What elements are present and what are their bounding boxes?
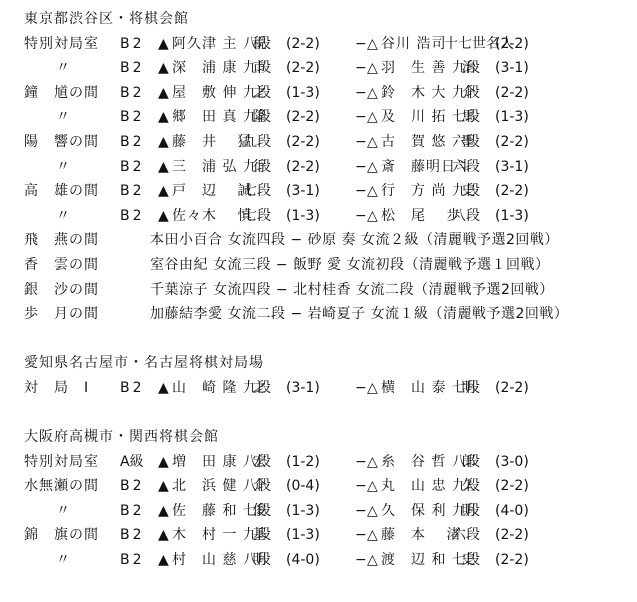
venue: 陽 響の間 — [24, 130, 118, 155]
game-row: 〃 B2 ▲ 佐々木 慎 七段 (1-3) − △ 松 尾 歩 八段 (1-3) — [24, 204, 634, 229]
gote-record: (2-2) — [495, 376, 529, 401]
sente-rank: 八段 — [243, 474, 271, 499]
sente-mark-icon: ▲ — [158, 130, 169, 155]
sente-rank: 八段 — [243, 548, 271, 573]
versus-dash: − — [355, 155, 367, 180]
versus-dash: − — [355, 376, 367, 401]
gote-record: (2-2) — [495, 130, 529, 155]
gote-rank: 七段 — [452, 376, 480, 401]
gote-record: (1-3) — [495, 204, 529, 229]
sente-rank: 九段 — [243, 523, 271, 548]
gote-rank: 九段 — [452, 56, 480, 81]
game-row: 特別対局室 B2 ▲ 阿久津 主 税 八段 (2-2) − △ 谷川 浩司 十七… — [24, 32, 634, 57]
gote-record: (3-1) — [495, 155, 529, 180]
sente-rank: 八段 — [243, 32, 271, 57]
venue: 銀 沙の間 — [24, 278, 118, 303]
league-class: B2 — [120, 523, 145, 548]
spacer — [24, 401, 634, 426]
gote-mark-icon: △ — [367, 155, 378, 180]
versus-dash: − — [355, 179, 367, 204]
game-row: 高 雄の間 B2 ▲ 戸 辺 誠 七段 (3-1) − △ 行 方 尚 史 九段… — [24, 179, 634, 204]
league-class: B2 — [120, 56, 145, 81]
sente-player: 佐々木 慎 — [172, 204, 252, 229]
sente-mark-icon: ▲ — [158, 450, 169, 475]
sente-record: (2-2) — [286, 130, 320, 155]
gote-record: (3-1) — [495, 56, 529, 81]
venue: 歩 月の間 — [24, 302, 118, 327]
sente-mark-icon: ▲ — [158, 499, 169, 524]
sente-player: 藤 井 猛 — [172, 130, 252, 155]
gote-rank: 七段 — [452, 105, 480, 130]
venue: 高 雄の間 — [24, 179, 118, 204]
league-class: B2 — [120, 105, 145, 130]
gote-mark-icon: △ — [367, 474, 378, 499]
sente-record: (1-3) — [286, 523, 320, 548]
schedule-document: 東京都渋谷区・将棋会館 特別対局室 B2 ▲ 阿久津 主 税 八段 (2-2) … — [24, 7, 634, 573]
gote-mark-icon: △ — [367, 548, 378, 573]
sente-record: (3-1) — [286, 179, 320, 204]
venue-ditto: 〃 — [24, 105, 118, 130]
gote-rank: 八段 — [452, 204, 480, 229]
sente-record: (2-2) — [286, 32, 320, 57]
sente-rank: 九段 — [243, 56, 271, 81]
versus-dash: − — [355, 548, 367, 573]
gote-mark-icon: △ — [367, 499, 378, 524]
versus-dash: − — [355, 499, 367, 524]
women-game-text: 加藤結李愛 女流二段 − 岩崎夏子 女流１級（清麗戦予選2回戦） — [150, 302, 568, 327]
league-class: B2 — [120, 32, 145, 57]
gote-record: (2-2) — [495, 179, 529, 204]
gote-player: 松 尾 歩 — [381, 204, 461, 229]
venue: 特別対局室 — [24, 450, 118, 475]
game-row: 対 局 Ⅰ B2 ▲ 山 崎 隆 之 九段 (3-1) − △ 横 山 泰 明 … — [24, 376, 634, 401]
sente-mark-icon: ▲ — [158, 81, 169, 106]
game-row: 〃 B2 ▲ 深 浦 康 市 九段 (2-2) − △ 羽 生 善 治 九段 (… — [24, 56, 634, 81]
sente-record: (2-2) — [286, 105, 320, 130]
sente-mark-icon: ▲ — [158, 474, 169, 499]
women-game-text: 本田小百合 女流四段 − 砂原 奏 女流２級（清麗戦予選2回戦） — [150, 228, 559, 253]
gote-mark-icon: △ — [367, 523, 378, 548]
venue: 鐘 馗の間 — [24, 81, 118, 106]
sente-rank: 八段 — [243, 450, 271, 475]
game-row: 特別対局室 A級 ▲ 増 田 康 宏 八段 (1-2) − △ 糸 谷 哲 郎 … — [24, 450, 634, 475]
game-row: 〃 B2 ▲ 村 山 慈 明 八段 (4-0) − △ 渡 辺 和 史 七段 (… — [24, 548, 634, 573]
region-heading-osaka: 大阪府高槻市・関西将棋会館 — [24, 425, 634, 450]
venue: 飛 燕の間 — [24, 228, 118, 253]
sente-mark-icon: ▲ — [158, 32, 169, 57]
sente-mark-icon: ▲ — [158, 376, 169, 401]
spacer — [24, 327, 634, 352]
gote-record: (2-2) — [495, 548, 529, 573]
gote-mark-icon: △ — [367, 105, 378, 130]
league-class: B2 — [120, 548, 145, 573]
gote-rank: 九段 — [452, 474, 480, 499]
versus-dash: − — [355, 81, 367, 106]
game-row: 陽 響の間 B2 ▲ 藤 井 猛 九段 (2-2) − △ 古 賀 悠 聖 六段… — [24, 130, 634, 155]
game-row: 〃 B2 ▲ 三 浦 弘 行 九段 (2-2) − △ 斎 藤明日斗 六段 (3… — [24, 155, 634, 180]
gote-mark-icon: △ — [367, 376, 378, 401]
gote-rank: 六段 — [452, 155, 480, 180]
sente-mark-icon: ▲ — [158, 56, 169, 81]
sente-rank: 七段 — [243, 204, 271, 229]
venue-ditto: 〃 — [24, 56, 118, 81]
game-row: 錦 旗の間 B2 ▲ 木 村 一 基 九段 (1-3) − △ 藤 本 渚 六段… — [24, 523, 634, 548]
league-class: B2 — [120, 179, 145, 204]
sente-rank: 九段 — [243, 81, 271, 106]
sente-record: (2-2) — [286, 155, 320, 180]
venue: 錦 旗の間 — [24, 523, 118, 548]
sente-mark-icon: ▲ — [158, 548, 169, 573]
gote-mark-icon: △ — [367, 450, 378, 475]
gote-rank: 七段 — [452, 548, 480, 573]
gote-mark-icon: △ — [367, 32, 378, 57]
league-class: A級 — [120, 450, 144, 475]
women-game-row: 香 雲の間 室谷由紀 女流三段 − 飯野 愛 女流初段（清麗戦予選１回戦） — [24, 253, 634, 278]
gote-rank: 六段 — [452, 130, 480, 155]
gote-record: (3-0) — [495, 450, 529, 475]
venue: 水無瀬の間 — [24, 474, 118, 499]
league-class: B2 — [120, 376, 145, 401]
venue: 香 雲の間 — [24, 253, 118, 278]
league-class: B2 — [120, 474, 145, 499]
venue-ditto: 〃 — [24, 155, 118, 180]
gote-rank: 八段 — [452, 450, 480, 475]
sente-record: (3-1) — [286, 376, 320, 401]
game-row: 〃 B2 ▲ 郷 田 真 隆 九段 (2-2) − △ 及 川 拓 馬 七段 (… — [24, 105, 634, 130]
sente-player: 戸 辺 誠 — [172, 179, 252, 204]
women-game-text: 千葉涼子 女流四段 − 北村桂香 女流二段（清麗戦予選2回戦） — [150, 278, 554, 303]
game-row: 〃 B2 ▲ 佐 藤 和 俊 七段 (1-3) − △ 久 保 利 明 九段 (… — [24, 499, 634, 524]
versus-dash: − — [355, 204, 367, 229]
league-class: B2 — [120, 81, 145, 106]
gote-mark-icon: △ — [367, 81, 378, 106]
sente-record: (4-0) — [286, 548, 320, 573]
sente-record: (1-2) — [286, 450, 320, 475]
gote-rank: 九段 — [452, 81, 480, 106]
sente-mark-icon: ▲ — [158, 179, 169, 204]
gote-rank: 六段 — [452, 523, 480, 548]
versus-dash: − — [355, 105, 367, 130]
gote-record: (2-2) — [495, 523, 529, 548]
women-game-row: 飛 燕の間 本田小百合 女流四段 − 砂原 奏 女流２級（清麗戦予選2回戦） — [24, 228, 634, 253]
venue: 特別対局室 — [24, 32, 118, 57]
women-game-row: 銀 沙の間 千葉涼子 女流四段 − 北村桂香 女流二段（清麗戦予選2回戦） — [24, 278, 634, 303]
league-class: B2 — [120, 499, 145, 524]
region-heading-nagoya: 愛知県名古屋市・名古屋将棋対局場 — [24, 351, 634, 376]
women-game-row: 歩 月の間 加藤結李愛 女流二段 − 岩崎夏子 女流１級（清麗戦予選2回戦） — [24, 302, 634, 327]
venue-ditto: 〃 — [24, 204, 118, 229]
versus-dash: − — [355, 56, 367, 81]
women-game-text: 室谷由紀 女流三段 − 飯野 愛 女流初段（清麗戦予選１回戦） — [150, 253, 549, 278]
gote-record: (4-0) — [495, 499, 529, 524]
gote-mark-icon: △ — [367, 179, 378, 204]
game-row: 鐘 馗の間 B2 ▲ 屋 敷 伸 之 九段 (1-3) − △ 鈴 木 大 介 … — [24, 81, 634, 106]
sente-mark-icon: ▲ — [158, 523, 169, 548]
sente-record: (1-3) — [286, 499, 320, 524]
sente-record: (2-2) — [286, 56, 320, 81]
gote-player: 藤 本 渚 — [381, 523, 461, 548]
sente-mark-icon: ▲ — [158, 204, 169, 229]
sente-mark-icon: ▲ — [158, 105, 169, 130]
game-row: 水無瀬の間 B2 ▲ 北 浜 健 介 八段 (0-4) − △ 丸 山 忠 久 … — [24, 474, 634, 499]
league-class: B2 — [120, 130, 145, 155]
venue: 対 局 Ⅰ — [24, 376, 118, 401]
sente-rank: 七段 — [243, 499, 271, 524]
gote-mark-icon: △ — [367, 130, 378, 155]
gote-record: (2-2) — [495, 474, 529, 499]
sente-rank: 七段 — [243, 179, 271, 204]
sente-mark-icon: ▲ — [158, 155, 169, 180]
gote-mark-icon: △ — [367, 56, 378, 81]
region-heading-tokyo: 東京都渋谷区・将棋会館 — [24, 7, 634, 32]
league-class: B2 — [120, 155, 145, 180]
gote-record: (1-3) — [495, 105, 529, 130]
venue-ditto: 〃 — [24, 548, 118, 573]
sente-rank: 九段 — [243, 105, 271, 130]
gote-mark-icon: △ — [367, 204, 378, 229]
gote-rank: 九段 — [452, 499, 480, 524]
versus-dash: − — [355, 450, 367, 475]
sente-record: (1-3) — [286, 204, 320, 229]
sente-record: (0-4) — [286, 474, 320, 499]
gote-rank: 九段 — [452, 179, 480, 204]
versus-dash: − — [355, 130, 367, 155]
sente-rank: 九段 — [243, 155, 271, 180]
versus-dash: − — [355, 523, 367, 548]
sente-record: (1-3) — [286, 81, 320, 106]
venue-ditto: 〃 — [24, 499, 118, 524]
versus-dash: − — [355, 474, 367, 499]
sente-rank: 九段 — [243, 376, 271, 401]
sente-rank: 九段 — [243, 130, 271, 155]
league-class: B2 — [120, 204, 145, 229]
gote-record: (2-2) — [495, 81, 529, 106]
versus-dash: − — [355, 32, 367, 57]
gote-record: (2-2) — [495, 32, 529, 57]
gote-player: 谷川 浩司 — [381, 32, 446, 57]
